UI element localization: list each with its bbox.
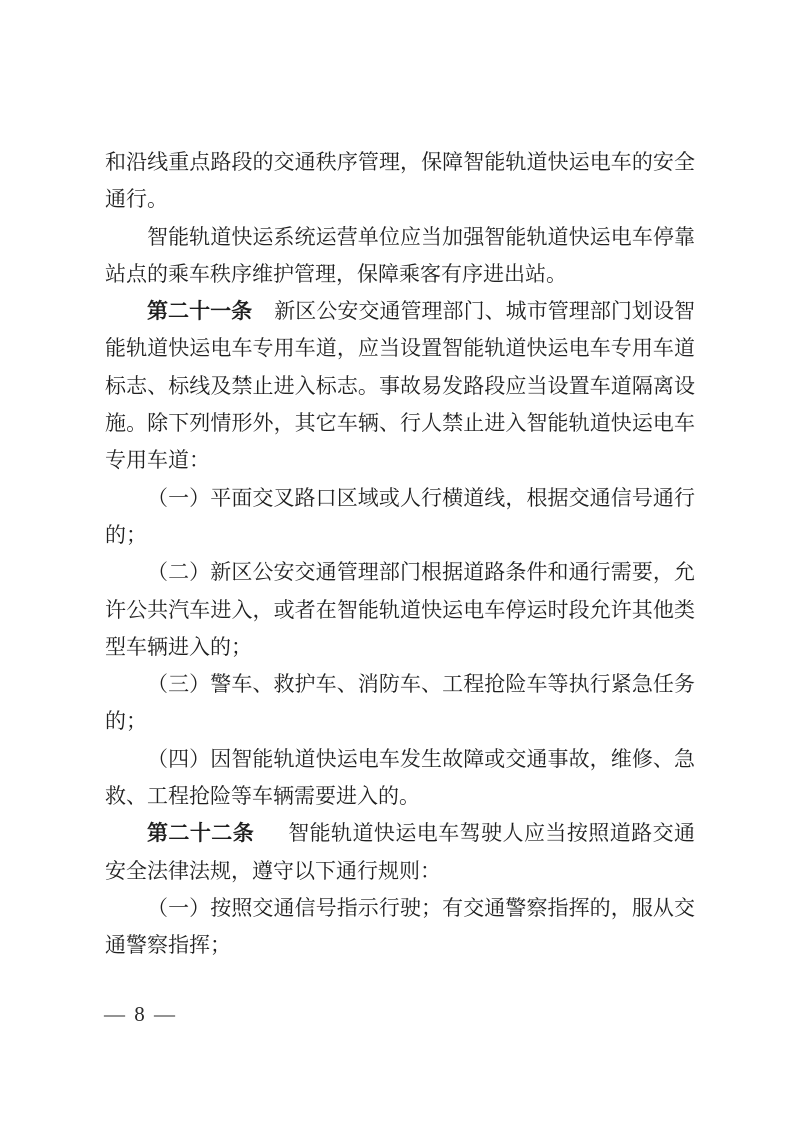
paragraph-item-4: （四）因智能轨道快运电车发生故障或交通事故，维修、急救、工程抢险等车辆需要进入的… — [105, 741, 695, 816]
paragraph-text: （四）因智能轨道快运电车发生故障或交通事故，维修、急救、工程抢险等车辆需要进入的… — [105, 747, 695, 808]
paragraph-text: （一）按照交通信号指示行驶；有交通警察指挥的，服从交通警察指挥； — [105, 896, 695, 957]
document-page: 和沿线重点路段的交通秩序管理，保障智能轨道快运电车的安全通行。 智能轨道快运系统… — [0, 0, 795, 1123]
paragraph-item-1: （一）平面交叉路口区域或人行横道线，根据交通信号通行的； — [105, 480, 695, 555]
paragraph-text: （二）新区公安交通管理部门根据道路条件和通行需要，允许公共汽车进入，或者在智能轨… — [105, 560, 695, 659]
paragraph: 智能轨道快运系统运营单位应当加强智能轨道快运电车停靠站点的乘车秩序维护管理，保障… — [105, 219, 695, 294]
paragraph-continuation: 和沿线重点路段的交通秩序管理，保障智能轨道快运电车的安全通行。 — [105, 144, 695, 219]
document-body: 和沿线重点路段的交通秩序管理，保障智能轨道快运电车的安全通行。 智能轨道快运系统… — [105, 144, 695, 965]
paragraph-article-22: 第二十二条智能轨道快运电车驾驶人应当按照道路交通安全法律法规，遵守以下通行规则： — [105, 815, 695, 890]
paragraph-text: （三）警车、救护车、消防车、工程抢险车等执行紧急任务的； — [105, 672, 695, 733]
paragraph-text: （一）平面交叉路口区域或人行横道线，根据交通信号通行的； — [105, 486, 695, 547]
paragraph-text: 智能轨道快运系统运营单位应当加强智能轨道快运电车停靠站点的乘车秩序维护管理，保障… — [105, 225, 695, 286]
article-number-heading: 第二十二条 — [147, 822, 254, 845]
paragraph-item-3: （三）警车、救护车、消防车、工程抢险车等执行紧急任务的； — [105, 666, 695, 741]
paragraph-text: 和沿线重点路段的交通秩序管理，保障智能轨道快运电车的安全通行。 — [105, 150, 695, 211]
paragraph-text: 新区公安交通管理部门、城市管理部门划设智能轨道快运电车专用车道，应当设置智能轨道… — [105, 299, 695, 472]
article-number-heading: 第二十一条 — [147, 300, 252, 323]
page-number: — 8 — — [104, 1001, 177, 1027]
paragraph-article-21: 第二十一条新区公安交通管理部门、城市管理部门划设智能轨道快运电车专用车道，应当设… — [105, 293, 695, 479]
paragraph-item-1b: （一）按照交通信号指示行驶；有交通警察指挥的，服从交通警察指挥； — [105, 890, 695, 965]
paragraph-item-2: （二）新区公安交通管理部门根据道路条件和通行需要，允许公共汽车进入，或者在智能轨… — [105, 554, 695, 666]
